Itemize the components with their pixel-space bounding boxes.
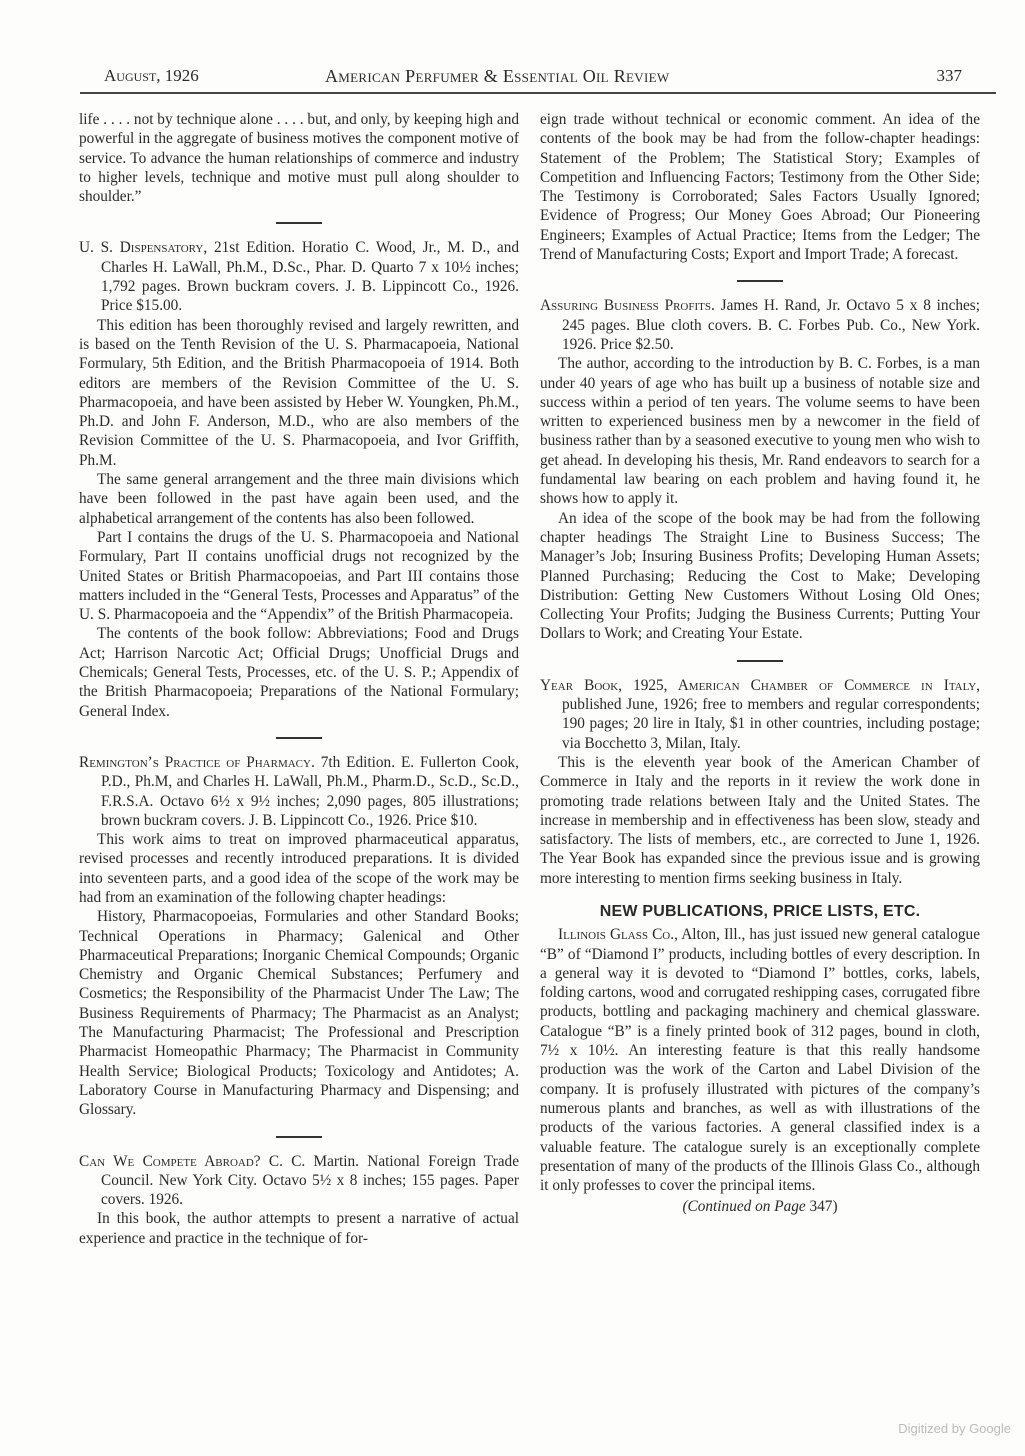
- page-number: 337: [937, 66, 963, 86]
- review-entry-business-profits: Assuring Business Profits. James H. Rand…: [540, 296, 980, 354]
- section-divider: [737, 280, 783, 282]
- book-title: Can We Compete Abroad?: [79, 1153, 261, 1170]
- review-paragraph: This is the eleventh year book of the Am…: [540, 753, 980, 888]
- review-entry-remington: Remington’s Practice of Pharmacy. 7th Ed…: [79, 753, 519, 830]
- review-paragraph: The author, according to the introductio…: [540, 354, 980, 508]
- review-paragraph: This edition has been thoroughly revised…: [79, 316, 519, 470]
- issue-date: August, 1926: [104, 66, 199, 86]
- book-title: U. S. Dispensatory,: [79, 239, 207, 256]
- book-citation: published June, 1926; free to members an…: [562, 696, 980, 752]
- journal-title: American Perfumer & Essential Oil Review: [325, 66, 669, 87]
- right-column: eign trade without technical or economic…: [540, 110, 980, 1217]
- review-paragraph: An idea of the scope of the book may be …: [540, 509, 980, 644]
- company-name: Illinois Glass Co.,: [558, 926, 678, 943]
- section-divider: [276, 1136, 322, 1138]
- continued-notice: (Continued on Page 347): [540, 1197, 980, 1216]
- review-paragraph: History, Pharmacopoeias, Formularies and…: [79, 907, 519, 1119]
- section-heading: NEW PUBLICATIONS, PRICE LISTS, ETC.: [540, 902, 980, 921]
- section-divider: [276, 222, 322, 224]
- book-title: Assuring Business Profits.: [540, 297, 715, 314]
- publication-notice: Illinois Glass Co., Alton, Ill., has jus…: [540, 925, 980, 1195]
- review-paragraph: The contents of the book follow: Abbrevi…: [79, 624, 519, 720]
- left-column: life . . . . not by technique alone . . …: [79, 110, 519, 1248]
- review-paragraph: The same general arrangement and the thr…: [79, 470, 519, 528]
- review-entry-dispensatory: U. S. Dispensatory, 21st Edition. Horati…: [79, 238, 519, 315]
- book-title: Remington’s Practice of Pharmacy.: [79, 754, 315, 771]
- book-title: Year Book, 1925, American Chamber of Com…: [540, 677, 980, 694]
- review-entry-year-book: Year Book, 1925, American Chamber of Com…: [540, 676, 980, 753]
- review-paragraph: In this book, the author attempts to pre…: [79, 1209, 519, 1248]
- running-header: August, 1926 American Perfumer & Essenti…: [80, 64, 996, 94]
- review-paragraph: This work aims to treat on improved phar…: [79, 830, 519, 907]
- review-entry-compete-abroad: Can We Compete Abroad? C. C. Martin. Nat…: [79, 1152, 519, 1210]
- intro-paragraph: life . . . . not by technique alone . . …: [79, 110, 519, 206]
- review-paragraph: Part I contains the drugs of the U. S. P…: [79, 528, 519, 624]
- digitized-watermark: Digitized by Google: [898, 1421, 1011, 1436]
- review-paragraph-continued: eign trade without technical or economic…: [540, 110, 980, 264]
- section-divider: [737, 660, 783, 662]
- section-divider: [276, 737, 322, 739]
